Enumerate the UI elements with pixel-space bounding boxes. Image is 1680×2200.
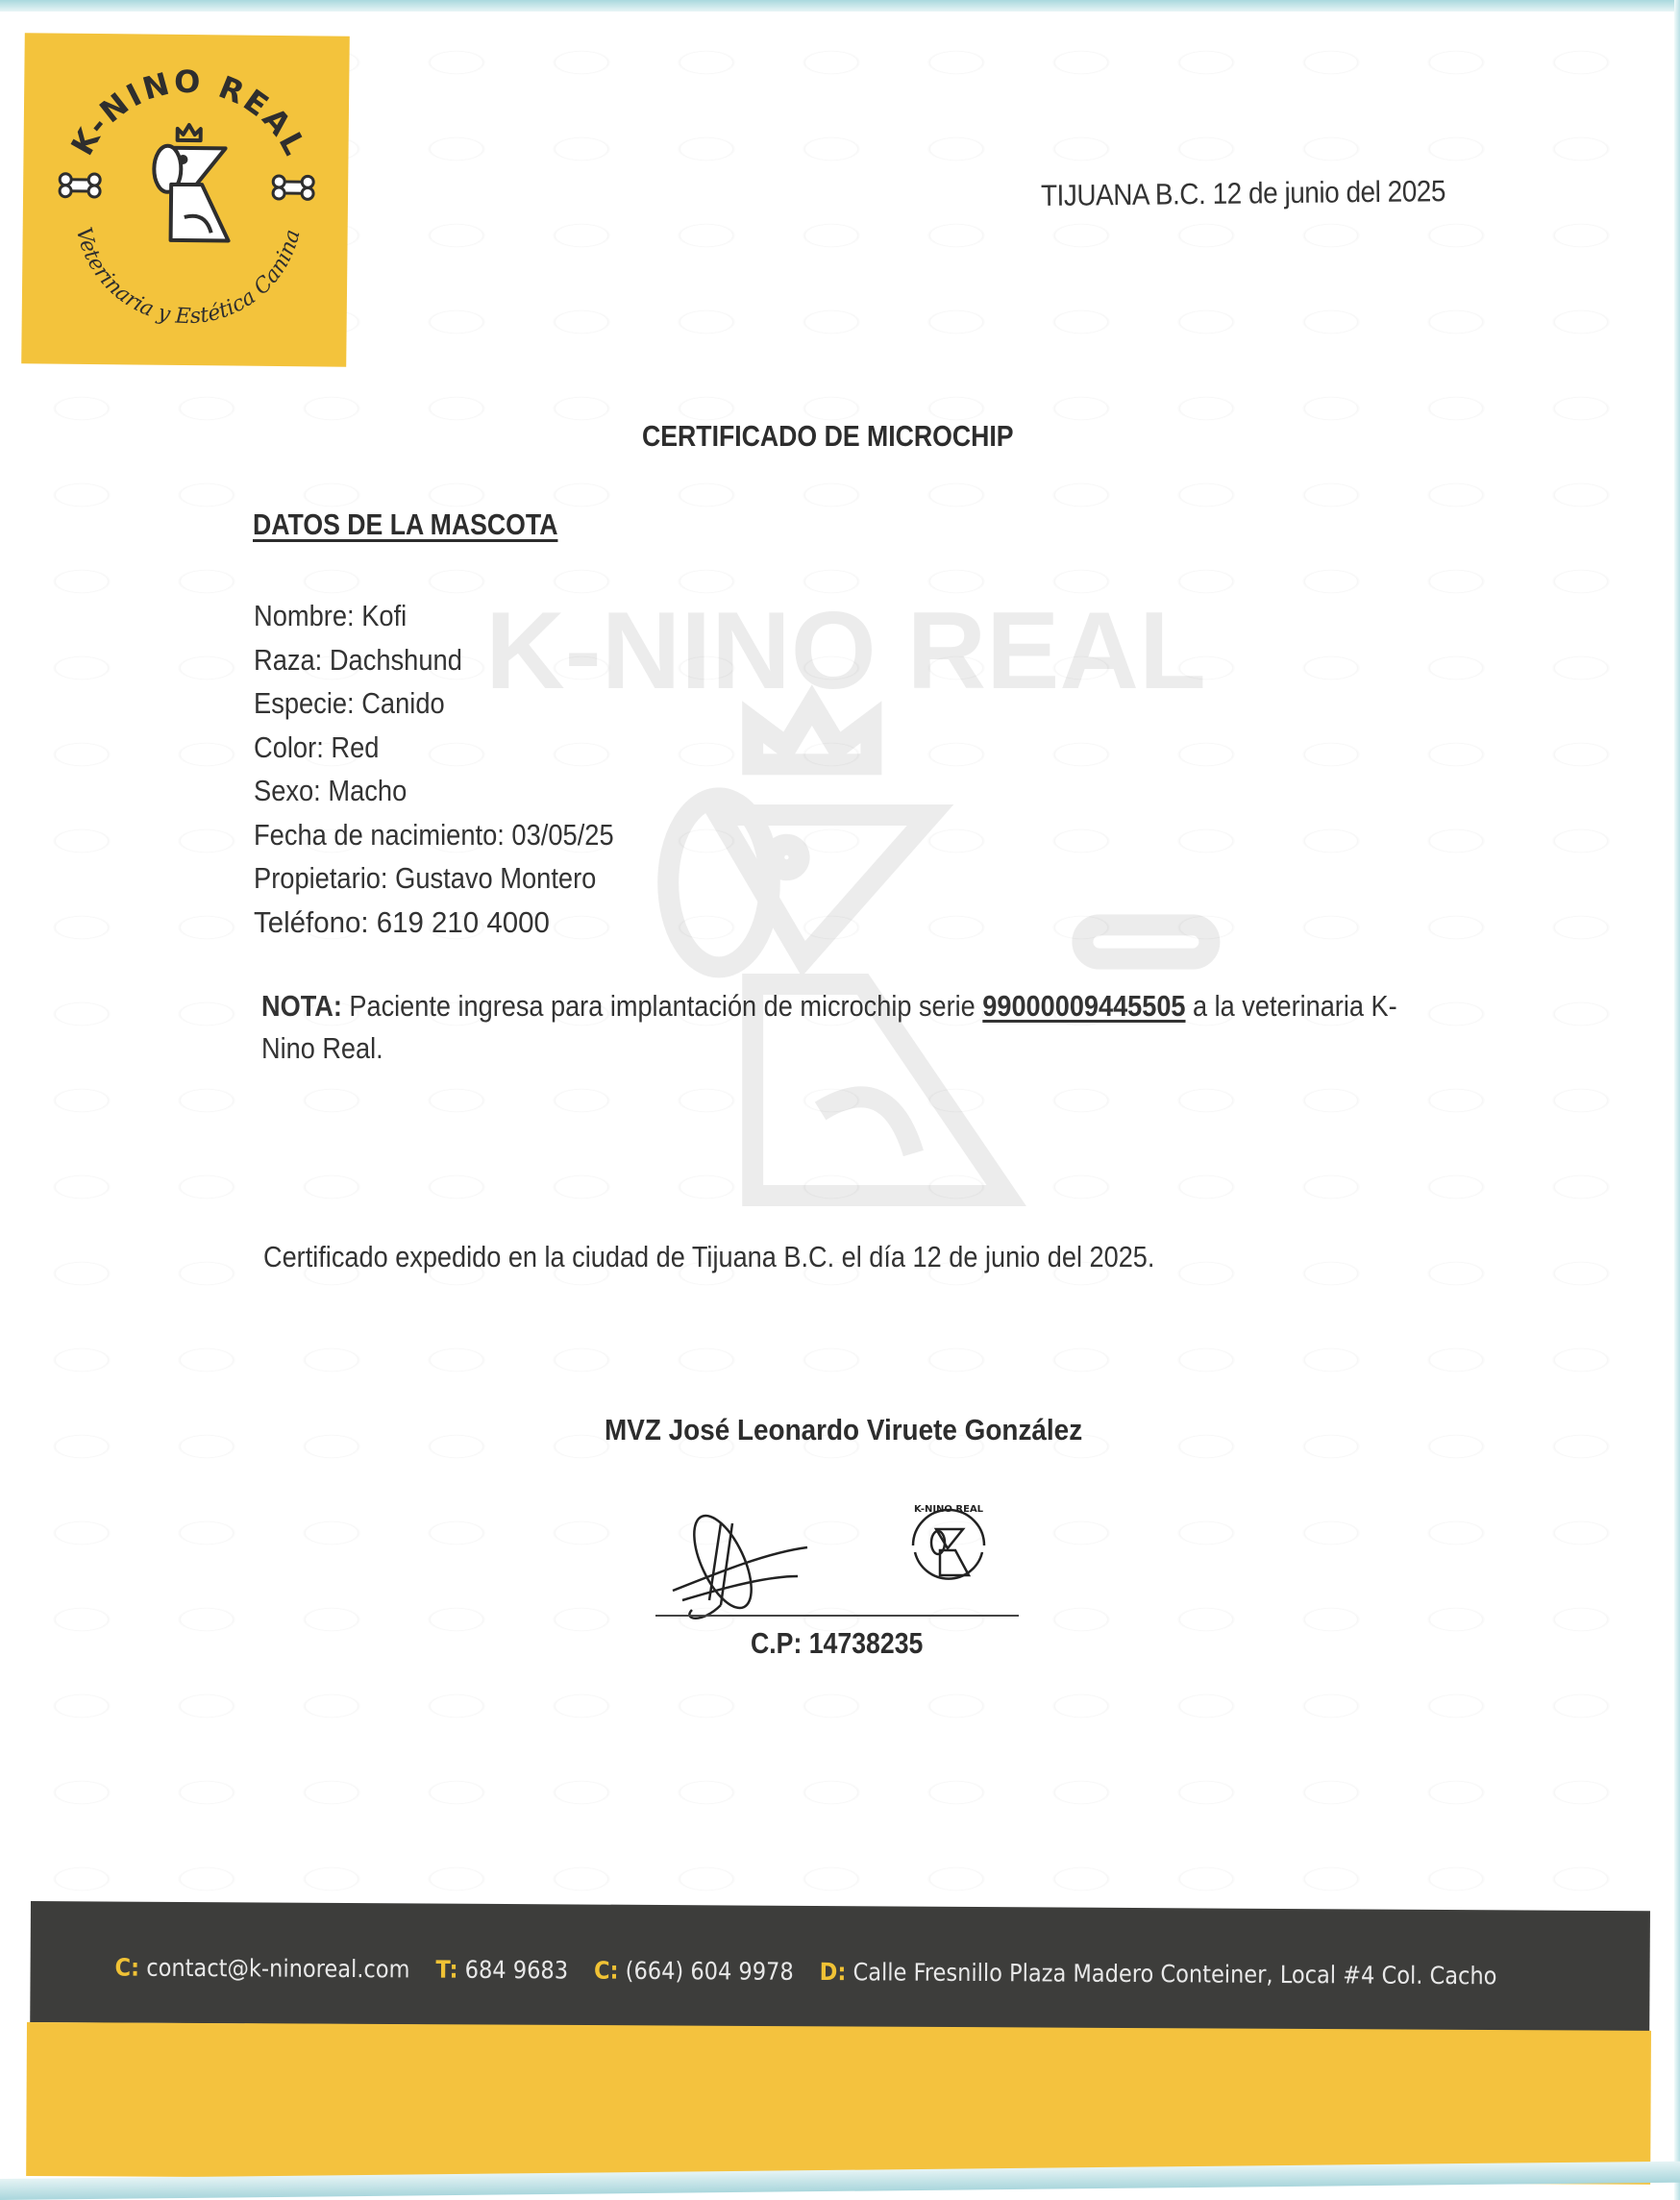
pet-birthdate-field: Fecha de nacimiento: 03/05/25 (254, 813, 614, 857)
page-right-edge (1674, 0, 1680, 2200)
brand-logo: K-NINO REAL Veterinaria y Estética Canin… (21, 33, 350, 367)
dog-crown-logo-icon: K-NINO REAL Veterinaria y Estética Canin… (21, 33, 350, 367)
signer-name: MVZ José Leonardo Viruete González (605, 1413, 1082, 1447)
pet-data-heading: DATOS DE LA MASCOTA (253, 507, 557, 542)
pet-sex-field: Sexo: Macho (254, 769, 614, 813)
pet-species-field: Especie: Canido (254, 681, 614, 726)
issued-statement: Certificado expedido en la ciudad de Tij… (263, 1240, 1154, 1274)
pet-owner-field: Propietario: Gustavo Montero (254, 856, 614, 901)
document-title: CERTIFICADO DE MICROCHIP (642, 419, 1014, 454)
pet-data-list: Nombre: Kofi Raza: Dachshund Especie: Ca… (254, 594, 663, 944)
footer-phone[interactable]: T: 684 9683 (435, 1955, 568, 1984)
contact-footer-bar: C: contact@k-ninoreal.com T: 684 9683 C:… (30, 1901, 1650, 2032)
place-and-date: TIJUANA B.C. 12 de junio del 2025 (1041, 174, 1445, 213)
signature-line (655, 1615, 1019, 1617)
footer-address: D: Calle Fresnillo Plaza Madero Conteine… (820, 1958, 1497, 1990)
professional-license: C.P: 14738235 (751, 1626, 923, 1661)
microchip-serial: 99000009445505 (982, 989, 1185, 1023)
pet-breed-field: Raza: Dachshund (254, 638, 614, 682)
footer-cellphone[interactable]: C: (664) 604 9978 (594, 1956, 794, 1985)
pet-color-field: Color: Red (254, 726, 614, 770)
pet-name-field: Nombre: Kofi (254, 594, 614, 638)
clinic-stamp-icon: K-NINO REAL (896, 1493, 1001, 1598)
svg-text:K-NINO REAL: K-NINO REAL (914, 1504, 984, 1515)
handwritten-signature-icon (663, 1495, 827, 1619)
page-top-edge (0, 0, 1680, 12)
owner-phone-field: Teléfono: 619 210 4000 (254, 901, 642, 945)
note-label: NOTA: (261, 989, 342, 1023)
footer-email[interactable]: C: contact@k-ninoreal.com (114, 1953, 409, 1983)
microchip-note: NOTA: Paciente ingresa para implantación… (261, 985, 1511, 1070)
footer-yellow-band (26, 2022, 1651, 2185)
